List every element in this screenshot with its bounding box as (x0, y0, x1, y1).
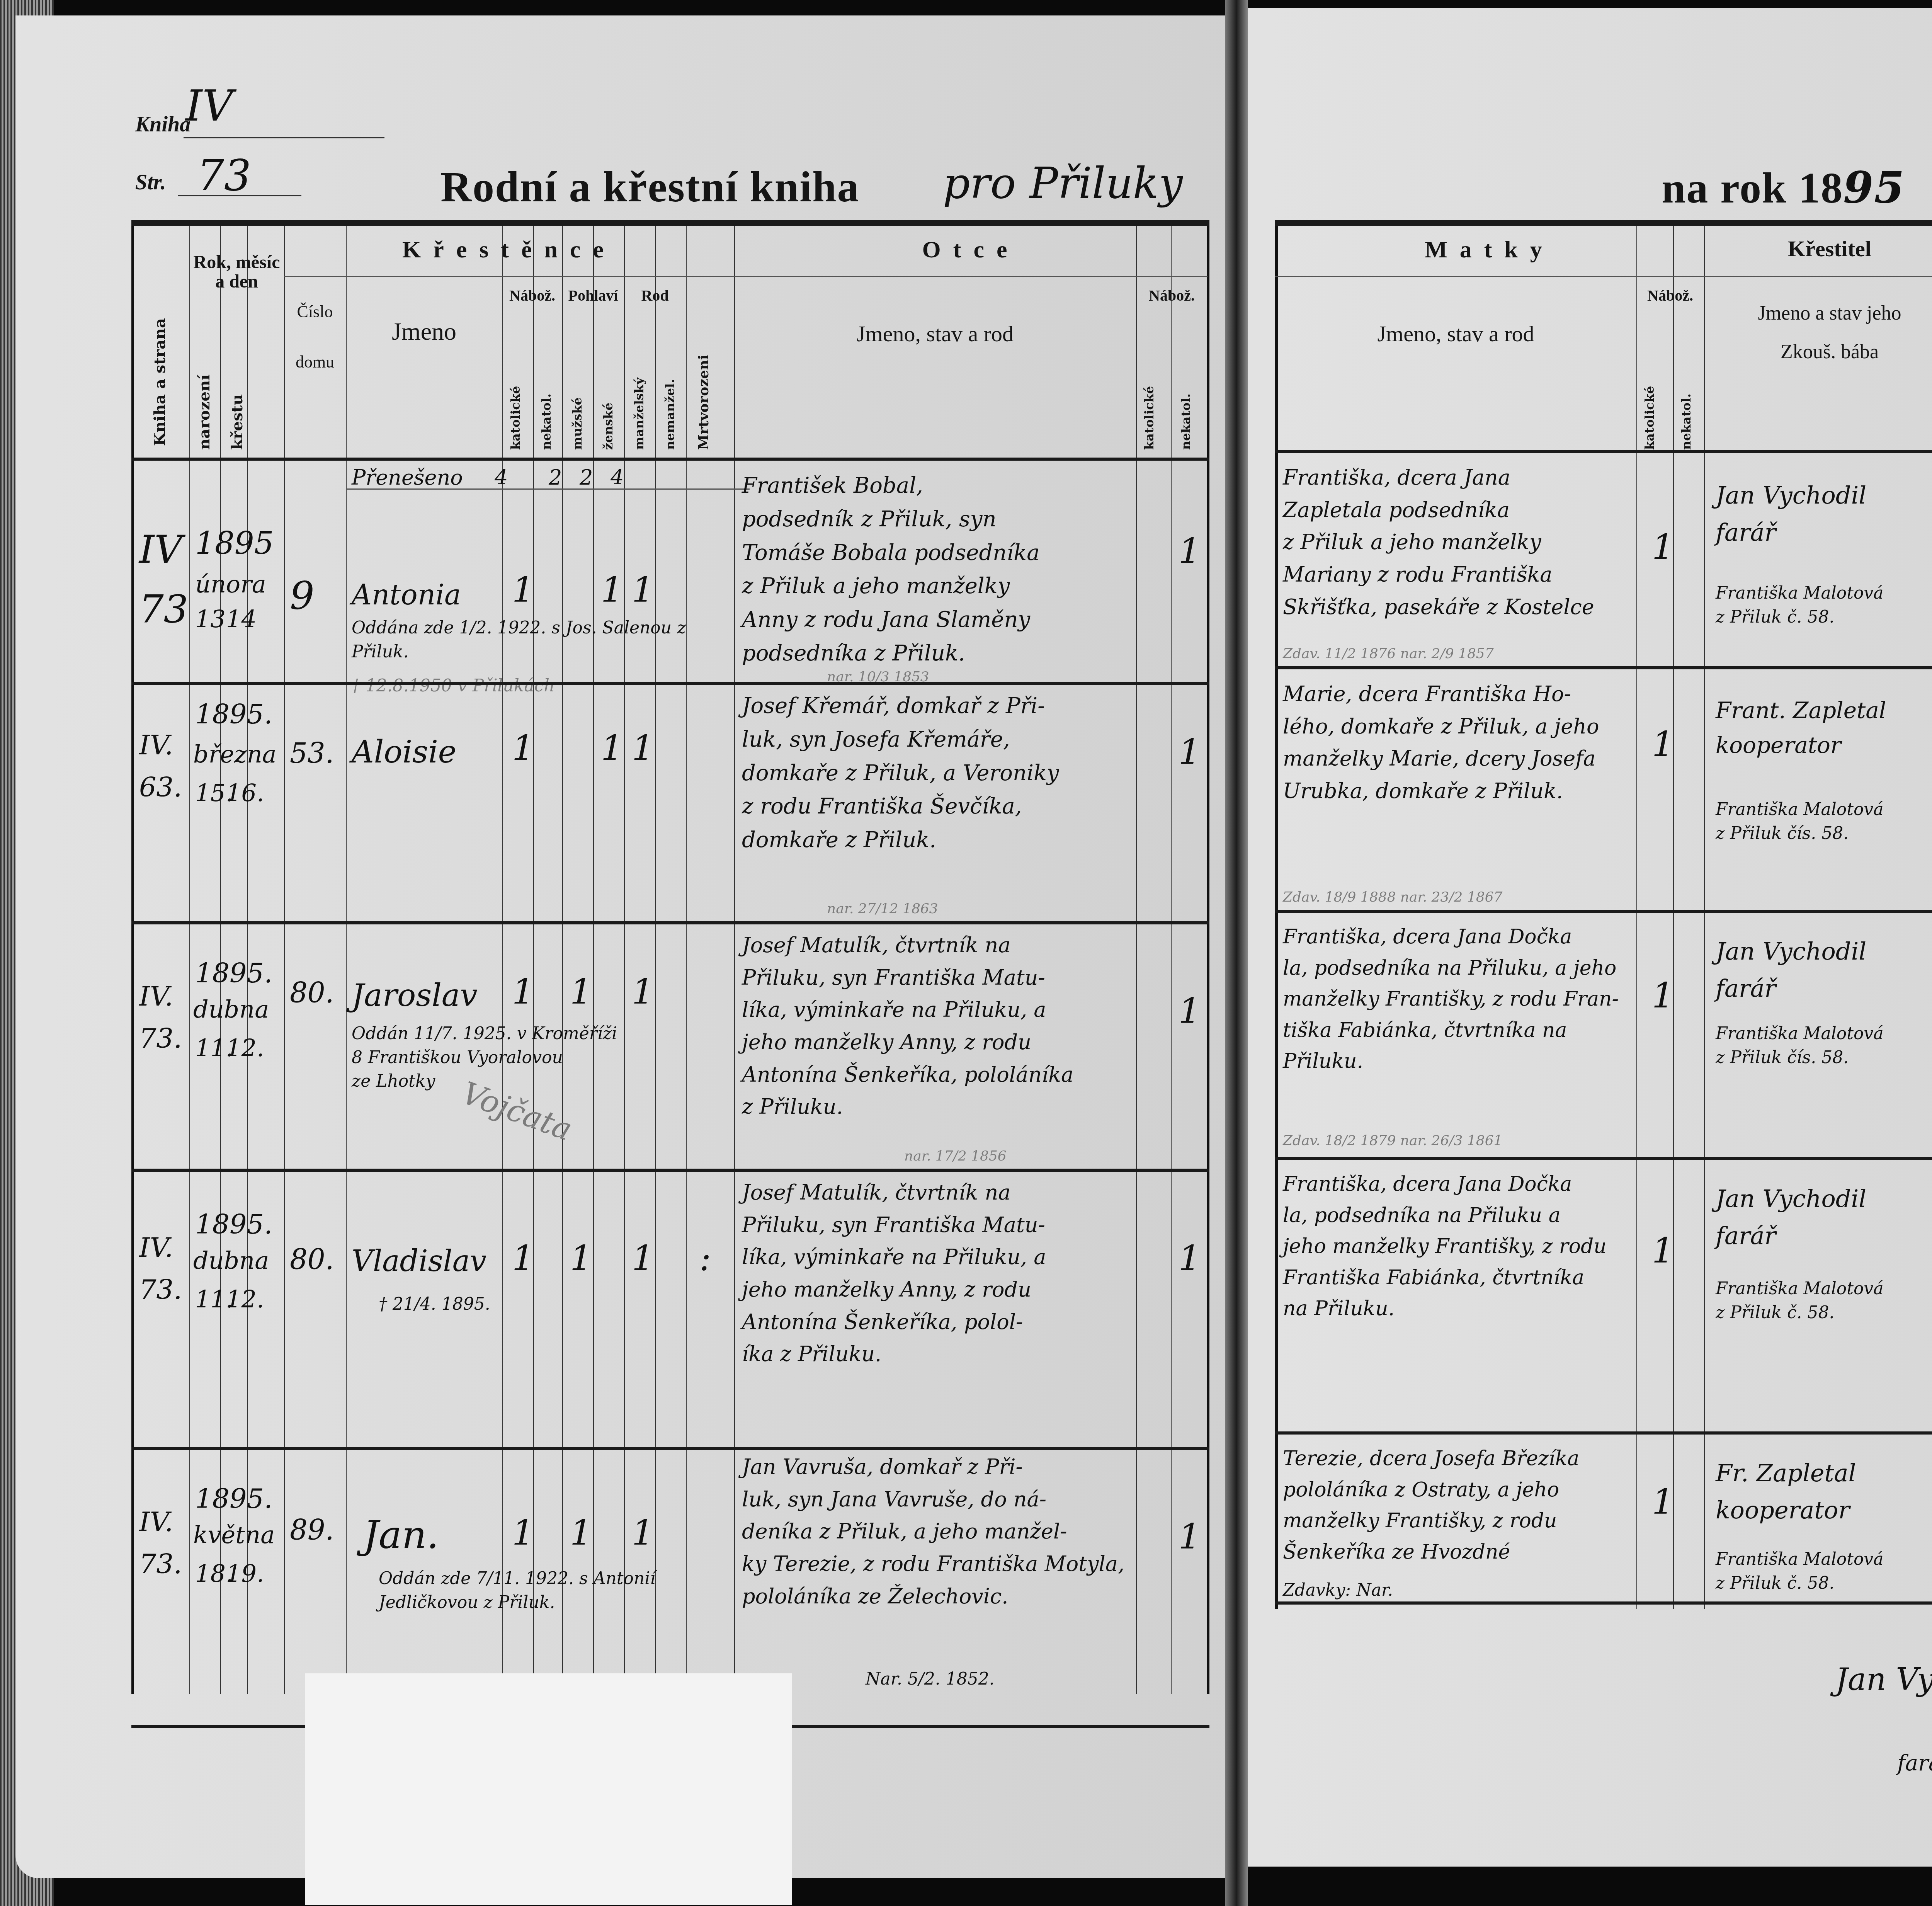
r5-house-no: 89. (290, 1509, 334, 1552)
col-baptizer-name: Jmeno a stav jeho (1704, 303, 1932, 324)
r4-midwife: Františka Malotová z Přiluk č. 58. (1716, 1277, 1883, 1324)
col-father-group: Otce (734, 237, 1207, 262)
col-non-catholic: nekatol. (539, 373, 554, 450)
r3-house-no: 80. (290, 972, 334, 1015)
r1-mother: Františka, dcera Jana Zapletala podsední… (1283, 461, 1634, 623)
r3-book-page: IV. 73. (139, 975, 182, 1059)
col-father-non-catholic: nekatol. (1179, 373, 1193, 450)
col-baptism: křestu (228, 373, 246, 450)
book-number: IV (185, 81, 233, 131)
r3-catholic: 1 (512, 972, 534, 1012)
r1-legitimate: 1 (632, 570, 654, 610)
r2-child-name: Aloisie (352, 728, 456, 776)
r4-father-catholic: 1 (1179, 1238, 1201, 1279)
r3-mother: Františka, dcera Jana Dočka la, podsední… (1283, 921, 1634, 1077)
paper-patch (305, 1673, 792, 1905)
r4-legitimate: 1 (632, 1238, 654, 1279)
r1-book-page: IV 73 (139, 519, 188, 639)
year-title: na rok 1895 (1662, 162, 1905, 213)
col-male: mužské (570, 380, 585, 450)
col-sex: Pohlaví (562, 288, 624, 304)
r2-female: 1 (601, 728, 623, 769)
r5-mother-catholic: 1 (1652, 1482, 1674, 1522)
signature-title: farář (1897, 1751, 1932, 1776)
r5-book-page: IV. 73. (139, 1501, 182, 1585)
col-mother-religion: Nábož. (1636, 288, 1704, 304)
r3-marriage-note: Oddán 11/7. 1925. v Kroměříži 8 Františk… (352, 1022, 738, 1093)
r5-month: května (193, 1516, 275, 1554)
col-legitimate: manželský (632, 357, 646, 450)
col-legitimacy: Rod (624, 288, 686, 304)
r2-legitimate: 1 (632, 728, 654, 769)
col-mother-non-catholic: nekatol. (1679, 373, 1694, 450)
r2-baptism-day: 16. (226, 774, 264, 812)
year-title-prefix: na rok 18 (1662, 164, 1843, 212)
r2-father-catholic: 1 (1179, 732, 1201, 773)
r2-mother-catholic: 1 (1652, 724, 1674, 765)
col-baptizer-group: Křestitel (1704, 237, 1932, 261)
book-label: Kniha (135, 112, 190, 137)
r3-midwife: Františka Malotová z Přiluk čís. 58. (1716, 1022, 1883, 1069)
r1-baptizer: Jan Vychodil farář (1716, 477, 1866, 551)
r3-baptizer: Jan Vychodil farář (1716, 933, 1866, 1007)
left-register-table: Kniha a strana Rok, měsíc a den narození… (131, 220, 1209, 1694)
r5-year: 1895. (195, 1478, 272, 1520)
r1-mother-note: Zdav. 11/2 1876 nar. 2/9 1857 (1283, 643, 1494, 665)
r1-month: února (195, 566, 266, 603)
right-page: na rok 1895 Matky Křestitel Kmotrův Jmen… (1236, 8, 1932, 1867)
r2-mother: Marie, dcera Františka Ho- lého, domkaře… (1283, 678, 1634, 807)
r5-father: Jan Vavruša, domkař z Při- luk, syn Jana… (742, 1451, 1136, 1612)
col-house-no-1: Číslo (284, 303, 346, 321)
r3-year: 1895. (195, 952, 272, 994)
r4-year: 1895. (195, 1203, 272, 1246)
r4-mother-catholic: 1 (1652, 1230, 1674, 1271)
r5-child-name: Jan. (363, 1505, 439, 1565)
col-midwife: Zkouš. bába (1704, 342, 1932, 363)
parish-name: pro Přiluky (943, 158, 1183, 208)
book-spine (1225, 0, 1248, 1906)
col-catholic: katolické (508, 365, 523, 450)
r3-mother-catholic: 1 (1652, 975, 1674, 1016)
page-label: Str. (135, 170, 166, 195)
r2-book-page: IV. 63. (139, 724, 182, 808)
r1-house-no: 9 (290, 566, 315, 626)
r3-child-name: Jaroslav (352, 972, 478, 1019)
r5-midwife: Františka Malotová z Přiluk č. 58. (1716, 1547, 1883, 1595)
r5-marriage-note: Oddán zde 7/11. 1922. s Antonií Jedličko… (379, 1567, 750, 1614)
r4-mother: Františka, dcera Jana Dočka la, podsední… (1283, 1169, 1634, 1324)
r1-year: 1895 (195, 519, 274, 567)
r5-father-note: Nar. 5/2. 1852. (866, 1667, 995, 1691)
r2-house-no: 53. (290, 732, 334, 775)
col-father-catholic: katolické (1142, 365, 1156, 450)
r2-father-note: nar. 27/12 1863 (827, 898, 938, 920)
r3-father-note: nar. 17/2 1856 (904, 1145, 1007, 1167)
col-mother-name: Jmeno, stav a rod (1275, 322, 1636, 346)
col-female: ženské (601, 380, 616, 450)
r3-baptism-day: 12. (226, 1030, 264, 1067)
r5-catholic: 1 (512, 1513, 534, 1553)
r3-month: dubna (193, 991, 269, 1028)
col-stillborn: Mrtvorozeni (696, 311, 712, 450)
r5-baptizer: Fr. Zapletal kooperator (1716, 1455, 1856, 1529)
col-house-no-2: domu (284, 353, 346, 371)
r3-father-catholic: 1 (1179, 991, 1201, 1031)
r2-catholic: 1 (512, 728, 534, 769)
r2-midwife: Františka Malotová z Přiluk čís. 58. (1716, 798, 1883, 845)
r2-mother-note: Zdav. 18/9 1888 nar. 23/2 1867 (1283, 887, 1503, 908)
r3-mother-note: Zdav. 18/2 1879 nar. 26/3 1861 (1283, 1130, 1503, 1152)
r4-catholic: 1 (512, 1238, 534, 1279)
col-book-page: Kniha a strana (151, 284, 169, 446)
r4-house-no: 80. (290, 1238, 334, 1281)
r5-mother-note: Zdavky: Nar. (1283, 1578, 1393, 1602)
r5-baptism-day: 19. (226, 1555, 264, 1592)
col-mother-catholic: katolické (1642, 365, 1657, 450)
r5-legitimate: 1 (632, 1513, 654, 1553)
r1-father: František Bobal, podsedník z Přiluk, syn… (742, 469, 1136, 671)
col-child-group: Křestěnce (284, 237, 734, 262)
r1-female: 1 (601, 570, 623, 610)
r1-catholic: 1 (512, 570, 534, 610)
r4-male: 1 (570, 1238, 592, 1279)
left-page: Kniha IV Str. 73 Rodní a křestní kniha p… (15, 15, 1233, 1878)
col-father-religion: Nábož. (1136, 288, 1207, 304)
col-illegitimate: nemanžel. (663, 365, 677, 450)
page-number: 73 (197, 151, 251, 200)
r1-baptism-day: 14 (226, 601, 257, 638)
r4-father: Josef Matulík, čtvrtník na Přiluku, syn … (742, 1176, 1136, 1370)
book-line (184, 137, 384, 138)
r1-marriage-note: Oddána zde 1/2. 1922. s Jos. Salenou z P… (352, 616, 738, 664)
r4-month: dubna (193, 1242, 269, 1279)
r4-stillborn: : (699, 1238, 711, 1279)
r1-death-note: † 12.8.1950 v Přilukách (352, 674, 555, 698)
r1-mother-catholic: 1 (1652, 527, 1674, 568)
signature-name: Jan Vychodil (1835, 1661, 1932, 1697)
r3-father: Josef Matulík, čtvrtník na Přiluku, syn … (742, 929, 1136, 1123)
r1-father-catholic: 1 (1179, 531, 1201, 572)
col-father-name: Jmeno, stav a rod (734, 322, 1136, 346)
r1-birth-day: 13 (195, 601, 226, 638)
r2-year: 1895. (195, 693, 272, 735)
register-title: Rodní a křestní kniha (440, 162, 860, 212)
r4-child-name: Vladislav (352, 1238, 486, 1284)
r2-father: Josef Křemář, domkař z Při- luk, syn Jos… (742, 689, 1136, 857)
r1-child-name: Antonia (352, 574, 461, 617)
col-religion: Nábož. (502, 288, 562, 304)
page-line (178, 195, 301, 196)
r2-baptizer: Frant. Zapletal kooperator (1716, 693, 1886, 763)
right-register-table: Matky Křestitel Kmotrův Jmeno, stav a ro… (1275, 220, 1932, 1609)
col-mother-group: Matky (1275, 237, 1704, 262)
r4-baptism-day: 12. (226, 1281, 264, 1318)
r1-midwife: Františka Malotová z Přiluk č. 58. (1716, 581, 1883, 629)
r3-male: 1 (570, 972, 592, 1012)
r3-legitimate: 1 (632, 972, 654, 1012)
r4-book-page: IV. 73. (139, 1227, 182, 1310)
col-birth: narození (195, 357, 213, 450)
r4-baptizer: Jan Vychodil farář (1716, 1180, 1866, 1254)
col-name: Jmeno (346, 318, 502, 344)
r5-mother: Terezie, dcera Josefa Březíka pololáníka… (1283, 1443, 1634, 1567)
r2-month: března (193, 736, 277, 773)
col-date-group: Rok, měsíc a den (189, 253, 284, 292)
r5-male: 1 (570, 1513, 592, 1553)
priest-signature: Jan Vychodil farář (1835, 1619, 1932, 1780)
r4-death-note: † 21/4. 1895. (379, 1292, 490, 1316)
year-title-year: 95 (1843, 162, 1905, 213)
r5-father-catholic: 1 (1179, 1516, 1201, 1557)
